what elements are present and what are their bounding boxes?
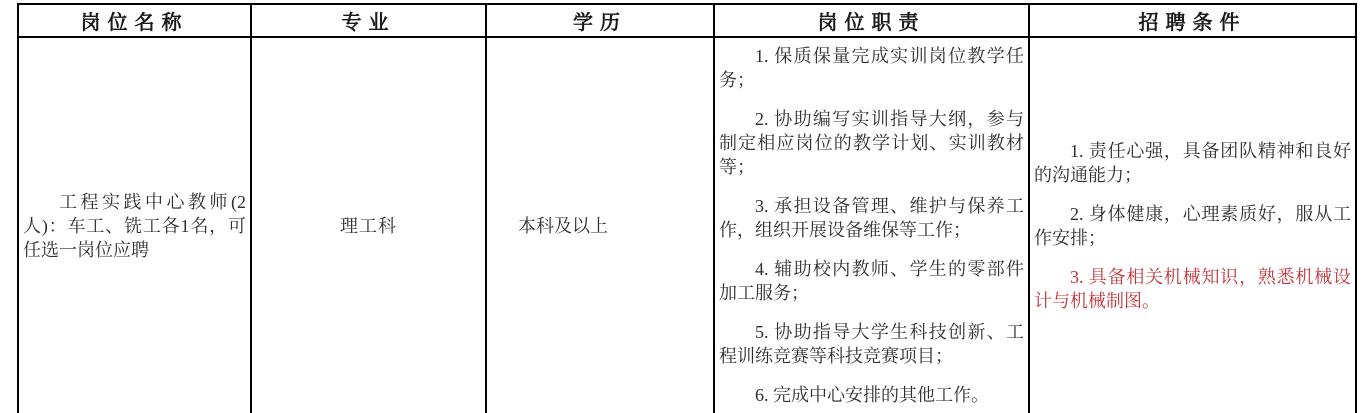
cell-conditions: 1. 责任心强，具备团队精神和良好的沟通能力； 2. 身体健康，心理素质好，服从… bbox=[1029, 37, 1356, 413]
position-name-block: 工程实践中心教师(2人)：车工、铣工各1名，可任选一岗位应聘 bbox=[23, 190, 246, 262]
major-text: 理工科 bbox=[256, 214, 481, 238]
job-posting-table: 岗位名称 专业 学历 岗位职责 招聘条件 工程实践中心教师(2人)：车工、铣工各… bbox=[17, 3, 1357, 413]
condition-item-2: 2. 身体健康，心理素质好，服从工作安排； bbox=[1034, 202, 1351, 250]
major-block: 理工科 bbox=[256, 214, 481, 238]
position-name-text: 工程实践中心教师(2人)：车工、铣工各1名，可任选一岗位应聘 bbox=[23, 190, 246, 262]
cell-major: 理工科 bbox=[251, 37, 486, 413]
header-conditions: 招聘条件 bbox=[1029, 4, 1356, 37]
cell-position-name: 工程实践中心教师(2人)：车工、铣工各1名，可任选一岗位应聘 bbox=[18, 37, 251, 413]
header-education: 学历 bbox=[486, 4, 714, 37]
duty-item-5: 5. 协助指导大学生科技创新、工程训练竞赛等科技竞赛项目； bbox=[719, 320, 1024, 368]
education-text: 本科及以上 bbox=[491, 214, 709, 238]
duty-item-3: 3. 承担设备管理、维护与保养工作，组织开展设备维保等工作； bbox=[719, 194, 1024, 242]
duty-item-1: 1. 保质保量完成实训岗位教学任务； bbox=[719, 44, 1024, 92]
table-header-row: 岗位名称 专业 学历 岗位职责 招聘条件 bbox=[18, 4, 1356, 37]
condition-item-3-highlighted: 3. 具备相关机械知识，熟悉机械设计与机械制图。 bbox=[1034, 265, 1351, 313]
job-posting-page: 岗位名称 专业 学历 岗位职责 招聘条件 工程实践中心教师(2人)：车工、铣工各… bbox=[0, 0, 1370, 413]
duty-item-6: 6. 完成中心安排的其他工作。 bbox=[719, 383, 1024, 407]
education-block: 本科及以上 bbox=[491, 214, 709, 238]
duties-list: 1. 保质保量完成实训岗位教学任务； 2. 协助编写实训指导大纲，参与制定相应岗… bbox=[719, 44, 1024, 407]
condition-item-1: 1. 责任心强，具备团队精神和良好的沟通能力； bbox=[1034, 139, 1351, 187]
conditions-list: 1. 责任心强，具备团队精神和良好的沟通能力； 2. 身体健康，心理素质好，服从… bbox=[1034, 139, 1351, 313]
header-duties: 岗位职责 bbox=[714, 4, 1029, 37]
table-row: 工程实践中心教师(2人)：车工、铣工各1名，可任选一岗位应聘 理工科 本科及以上… bbox=[18, 37, 1356, 413]
duty-item-4: 4. 辅助校内教师、学生的零部件加工服务； bbox=[719, 257, 1024, 305]
cell-duties: 1. 保质保量完成实训岗位教学任务； 2. 协助编写实训指导大纲，参与制定相应岗… bbox=[714, 37, 1029, 413]
header-position-name: 岗位名称 bbox=[18, 4, 251, 37]
header-major: 专业 bbox=[251, 4, 486, 37]
duty-item-2: 2. 协助编写实训指导大纲，参与制定相应岗位的教学计划、实训教材等； bbox=[719, 107, 1024, 179]
cell-education: 本科及以上 bbox=[486, 37, 714, 413]
